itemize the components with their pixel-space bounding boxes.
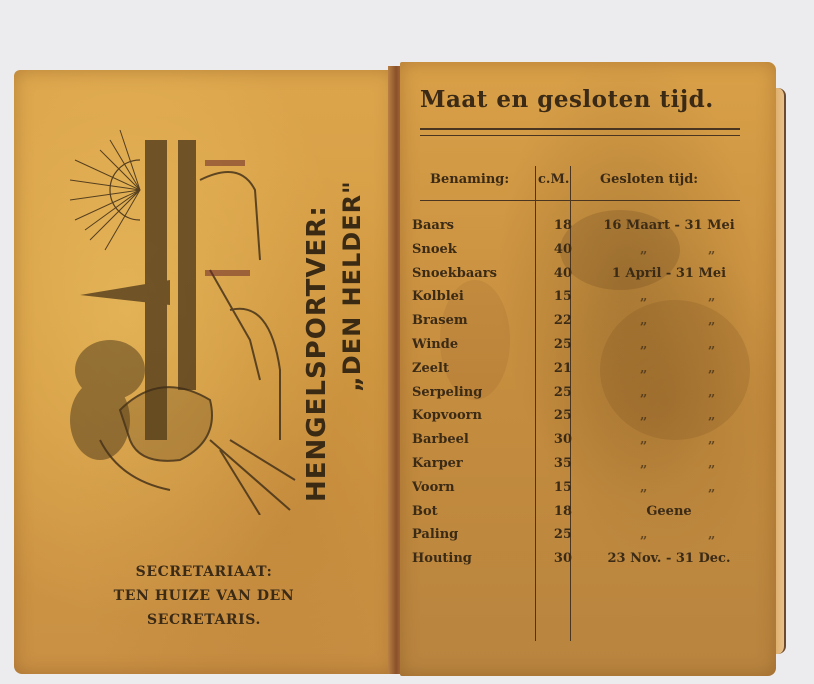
fish-name: Snoekbaars [412,266,497,281]
ditto-mark: „ [708,456,715,471]
column-header-closed-season: Gesloten tijd: [600,172,698,187]
min-size: 15 [542,289,572,304]
fish-name: Baars [412,218,454,233]
table-row: Brasem22„„ [412,313,762,337]
ditto-mark: „ [640,337,647,352]
table-row: Snoek40„„ [412,242,762,266]
min-size: 40 [542,266,572,281]
table-header: Benaming: c.M. Gesloten tijd: [420,164,740,201]
title-rule [420,128,740,136]
min-size: 25 [542,408,572,423]
ditto-mark: „ [640,289,647,304]
fish-name: Voorn [412,480,455,495]
secretariat-line-1: SECRETARIAAT: [14,560,394,584]
table-row: Voorn15„„ [412,480,762,504]
table-row: Kopvoorn25„„ [412,408,762,432]
table-row: Paling25„„ [412,527,762,551]
closed-season: Geene [580,504,758,519]
min-size: 35 [542,456,572,471]
ditto-mark: „ [708,385,715,400]
min-size: 40 [542,242,572,257]
fish-name: Houting [412,551,472,566]
fish-name: Brasem [412,313,468,328]
fish-name: Bot [412,504,438,519]
table-row: Houting3023 Nov. - 31 Dec. [412,551,762,575]
ditto-mark: „ [708,313,715,328]
table-row: Karper35„„ [412,456,762,480]
ditto-mark: „ [708,289,715,304]
ditto-mark: „ [640,242,647,257]
table-row: Snoekbaars401 April - 31 Mei [412,266,762,290]
column-header-size: c.M. [538,172,569,187]
min-size: 15 [542,480,572,495]
table-row: Serpeling25„„ [412,385,762,409]
ditto-mark: „ [708,480,715,495]
ditto-mark: „ [640,385,647,400]
table-row: Barbeel30„„ [412,432,762,456]
ditto-mark: „ [708,408,715,423]
ditto-mark: „ [640,313,647,328]
table-row: Baars1816 Maart - 31 Mei [412,218,762,242]
fish-name: Karper [412,456,463,471]
min-size: 22 [542,313,572,328]
ditto-mark: „ [708,361,715,376]
fish-name: Barbeel [412,432,469,447]
closed-season: 16 Maart - 31 Mei [580,218,758,233]
ditto-mark: „ [708,242,715,257]
club-name-line-2: „DEN HELDER" [338,180,366,392]
min-size: 30 [542,432,572,447]
column-header-name: Benaming: [430,172,509,187]
table-row: Bot18Geene [412,504,762,528]
club-name: HENGELSPORTVER: „DEN HELDER" [290,130,400,510]
ditto-mark: „ [708,527,715,542]
angler-illustration [60,120,300,515]
min-size: 30 [542,551,572,566]
min-size: 25 [542,527,572,542]
min-size: 18 [542,504,572,519]
min-size: 18 [542,218,572,233]
fish-name: Kolblei [412,289,464,304]
ditto-mark: „ [640,480,647,495]
ditto-mark: „ [708,337,715,352]
ditto-mark: „ [640,527,647,542]
ditto-mark: „ [708,432,715,447]
closed-season: 1 April - 31 Mei [580,266,758,281]
secretariat-block: SECRETARIAAT: TEN HUIZE VAN DEN SECRETAR… [14,560,394,632]
min-size: 25 [542,385,572,400]
fish-name: Winde [412,337,458,352]
closed-season: 23 Nov. - 31 Dec. [580,551,758,566]
fish-name: Zeelt [412,361,449,376]
fish-name: Serpeling [412,385,482,400]
fish-name: Snoek [412,242,457,257]
club-name-line-1: HENGELSPORTVER: [302,205,332,502]
fish-table: Baars1816 Maart - 31 Mei Snoek40„„ Snoek… [412,218,762,575]
table-row: Zeelt21„„ [412,361,762,385]
fish-name: Paling [412,527,458,542]
ditto-mark: „ [640,432,647,447]
ditto-mark: „ [640,408,647,423]
secretariat-line-3: SECRETARIS. [14,608,394,632]
table-row: Kolblei15„„ [412,289,762,313]
ditto-mark: „ [640,456,647,471]
fish-name: Kopvoorn [412,408,482,423]
min-size: 21 [542,361,572,376]
ditto-mark: „ [640,361,647,376]
secretariat-line-2: TEN HUIZE VAN DEN [14,584,394,608]
table-row: Winde25„„ [412,337,762,361]
page-title: Maat en gesloten tijd. [420,86,750,113]
min-size: 25 [542,337,572,352]
